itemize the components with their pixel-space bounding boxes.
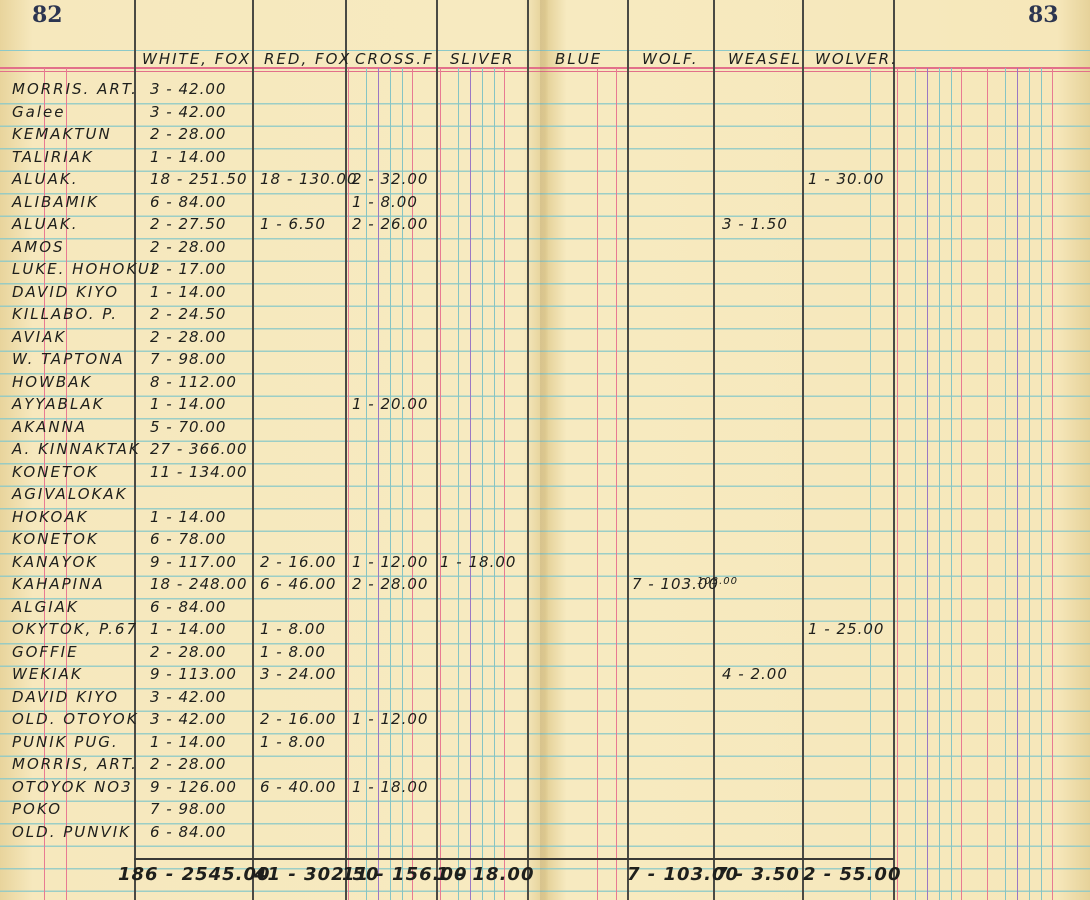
trapper-name: OLD. PUNVIK [12,823,131,841]
trapper-name: DAVID KIYO [12,688,119,706]
trapper-name: AMOS [12,238,65,256]
entry-red-fox: 1 - 6.50 [260,215,326,233]
trapper-name: A. KINNAKTAK [12,440,141,458]
fine-rule [1052,68,1053,900]
entry-cross-fox: 2 - 28.00 [352,575,428,593]
trapper-name: MORRIS, ART. [12,755,138,773]
trapper-name: W. TAPTONA [12,350,125,368]
entry-white-fox: 11 - 134.00 [150,463,248,481]
entry-white-fox: 6 - 84.00 [150,598,226,616]
trapper-name: AYYABLAK [12,395,104,413]
column-divider [436,0,438,900]
entry-weasel: 3 - 1.50 [722,215,788,233]
trapper-name: AGIVALOKAK [12,485,127,503]
trapper-name: ALUAK. [12,170,78,188]
column-divider [527,0,529,900]
page-number-right: 83 [1028,2,1059,28]
trapper-name: ALIBAMIK [12,193,99,211]
entry-red-fox: 2 - 16.00 [260,553,336,571]
entry-red-fox: 3 - 24.00 [260,665,336,683]
fine-rule [1029,68,1030,900]
fine-rule [482,68,483,900]
trapper-name: OKYTOK, P.67 [12,620,138,638]
entry-weasel: 4 - 2.00 [722,665,788,683]
totals-rule [134,858,894,860]
column-header-weasel: WEASEL [728,50,802,68]
trapper-name: MORRIS. ART. [12,80,138,98]
entry-white-fox: 2 - 28.00 [150,125,226,143]
total-white-fox: 186 - 2545.00 [118,864,271,885]
entry-white-fox: 27 - 366.00 [150,440,248,458]
ledger-spread: 82 83 WHITE, FOX RED, FOX CROSS.F SLIVER… [0,0,1090,900]
entry-cross-fox: 1 - 18.00 [352,778,428,796]
trapper-name: KANAYOK [12,553,98,571]
entry-white-fox: 6 - 84.00 [150,193,226,211]
fine-rule [504,68,505,900]
entry-white-fox: 2 - 28.00 [150,328,226,346]
entry-white-fox: 2 - 27.50 [150,215,226,233]
entry-white-fox: 2 - 24.50 [150,305,226,323]
entry-cross-fox: 1 - 8.00 [352,193,418,211]
entry-cross-fox: 1 - 12.00 [352,553,428,571]
book-gutter [540,0,548,900]
entry-white-fox: 2 - 28.00 [150,643,226,661]
entry-white-fox: 1 - 14.00 [150,620,226,638]
column-divider [802,0,804,900]
entry-cross-fox: 1 - 12.00 [352,710,428,728]
column-divider [252,0,254,900]
entry-white-fox: 1 - 14.00 [150,508,226,526]
fine-rule [927,68,928,900]
trapper-name: HOWBAK [12,373,92,391]
trapper-name: AKANNA [12,418,87,436]
entry-cross-fox: 1 - 20.00 [352,395,428,413]
fine-rule [440,68,441,900]
entry-white-fox: 6 - 84.00 [150,823,226,841]
entry-white-fox: 9 - 113.00 [150,665,237,683]
entry-white-fox: 18 - 251.50 [150,170,248,188]
fine-rule [348,68,349,900]
fine-rule [870,68,871,900]
column-divider [893,0,895,900]
fine-rule [951,68,952,900]
entry-white-fox: 1 - 14.00 [150,283,226,301]
trapper-name: ALUAK. [12,215,78,233]
trapper-name: ALGIAK [12,598,79,616]
trapper-name: KEMAKTUN [12,125,112,143]
entry-white-fox: 3 - 42.00 [150,710,226,728]
fine-rule [458,68,459,900]
column-divider [345,0,347,900]
trapper-name: GOFFIE [12,643,79,661]
entry-white-fox: 2 - 28.00 [150,238,226,256]
entry-white-fox: 3 - 42.00 [150,80,226,98]
entry-white-fox: 8 - 112.00 [150,373,237,391]
entry-red-fox: 6 - 40.00 [260,778,336,796]
entry-white-fox: 3 - 42.00 [150,688,226,706]
trapper-name: KAHAPINA [12,575,105,593]
fine-rule [961,68,962,900]
column-divider [627,0,629,900]
trapper-name: HOKOAK [12,508,88,526]
trapper-name: AVIAK [12,328,66,346]
entry-white-fox: 1 - 14.00 [150,733,226,751]
entry-red-fox: 1 - 8.00 [260,620,326,638]
entry-red-fox: 6 - 46.00 [260,575,336,593]
entry-red-fox: 1 - 8.00 [260,643,326,661]
fine-rule [470,68,471,900]
total-silver: 1 - 18.00 [436,864,534,885]
trapper-name: KONETOK [12,463,99,481]
fine-rule [1041,68,1042,900]
entry-white-fox: 5 - 70.00 [150,418,226,436]
entry-wolverine: 1 - 25.00 [808,620,884,638]
entry-wolverine: 1 - 30.00 [808,170,884,188]
entry-white-fox: 7 - 98.00 [150,800,226,818]
column-header-blue: BLUE [555,50,602,68]
fine-rule [597,68,598,900]
trapper-name: KILLABO. P. [12,305,118,323]
fine-rule [987,68,988,900]
entry-cross-fox: 2 - 32.00 [352,170,428,188]
entry-white-fox: 2 - 17.00 [150,260,226,278]
fine-rule [616,68,617,900]
trapper-name: TALIRIAK [12,148,94,166]
trapper-name: KONETOK [12,530,99,548]
entry-red-fox: 18 - 130.00 [260,170,358,188]
entry-white-fox: 7 - 98.00 [150,350,226,368]
entry-white-fox: 1 - 14.00 [150,395,226,413]
entry-red-fox: 1 - 8.00 [260,733,326,751]
page-number-left: 82 [32,2,63,28]
entry-white-fox: 2 - 28.00 [150,755,226,773]
column-header-wolverine: WOLVER. [815,50,898,68]
fine-rule [494,68,495,900]
wolf-correction-note: 103.00 [697,576,738,587]
fine-rule [939,68,940,900]
trapper-name: OLD. OTOYOK [12,710,139,728]
fine-rule [915,68,916,900]
entry-cross-fox: 2 - 26.00 [352,215,428,233]
entry-red-fox: 2 - 16.00 [260,710,336,728]
trapper-name: DAVID KIYO [12,283,119,301]
trapper-name: LUKE. HOHOKUI [12,260,157,278]
entry-white-fox: 1 - 14.00 [150,148,226,166]
fine-rule [1005,68,1006,900]
entry-white-fox: 9 - 117.00 [150,553,237,571]
entry-silver: 1 - 18.00 [440,553,516,571]
column-header-cross-fox: CROSS.F [355,50,434,68]
column-divider [713,0,715,900]
entry-white-fox: 9 - 126.00 [150,778,237,796]
trapper-name: WEKIAK [12,665,83,683]
trapper-name: POKO [12,800,62,818]
column-header-wolf: WOLF. [642,50,698,68]
entry-white-fox: 6 - 78.00 [150,530,226,548]
fine-rule [897,68,898,900]
column-header-white-fox: WHITE, FOX [142,50,251,68]
trapper-name: OTOYOK NO3 [12,778,133,796]
total-wolverine: 2 - 55.00 [803,864,901,885]
trapper-name: Galee [12,103,65,121]
column-header-red-fox: RED, FOX [264,50,351,68]
entry-white-fox: 3 - 42.00 [150,103,226,121]
trapper-name: PUNIK PUG. [12,733,119,751]
total-weasel: 7 - 3.50 [715,864,800,885]
column-header-silver: SLIVER [450,50,514,68]
fine-rule [1017,68,1018,900]
entry-white-fox: 18 - 248.00 [150,575,248,593]
